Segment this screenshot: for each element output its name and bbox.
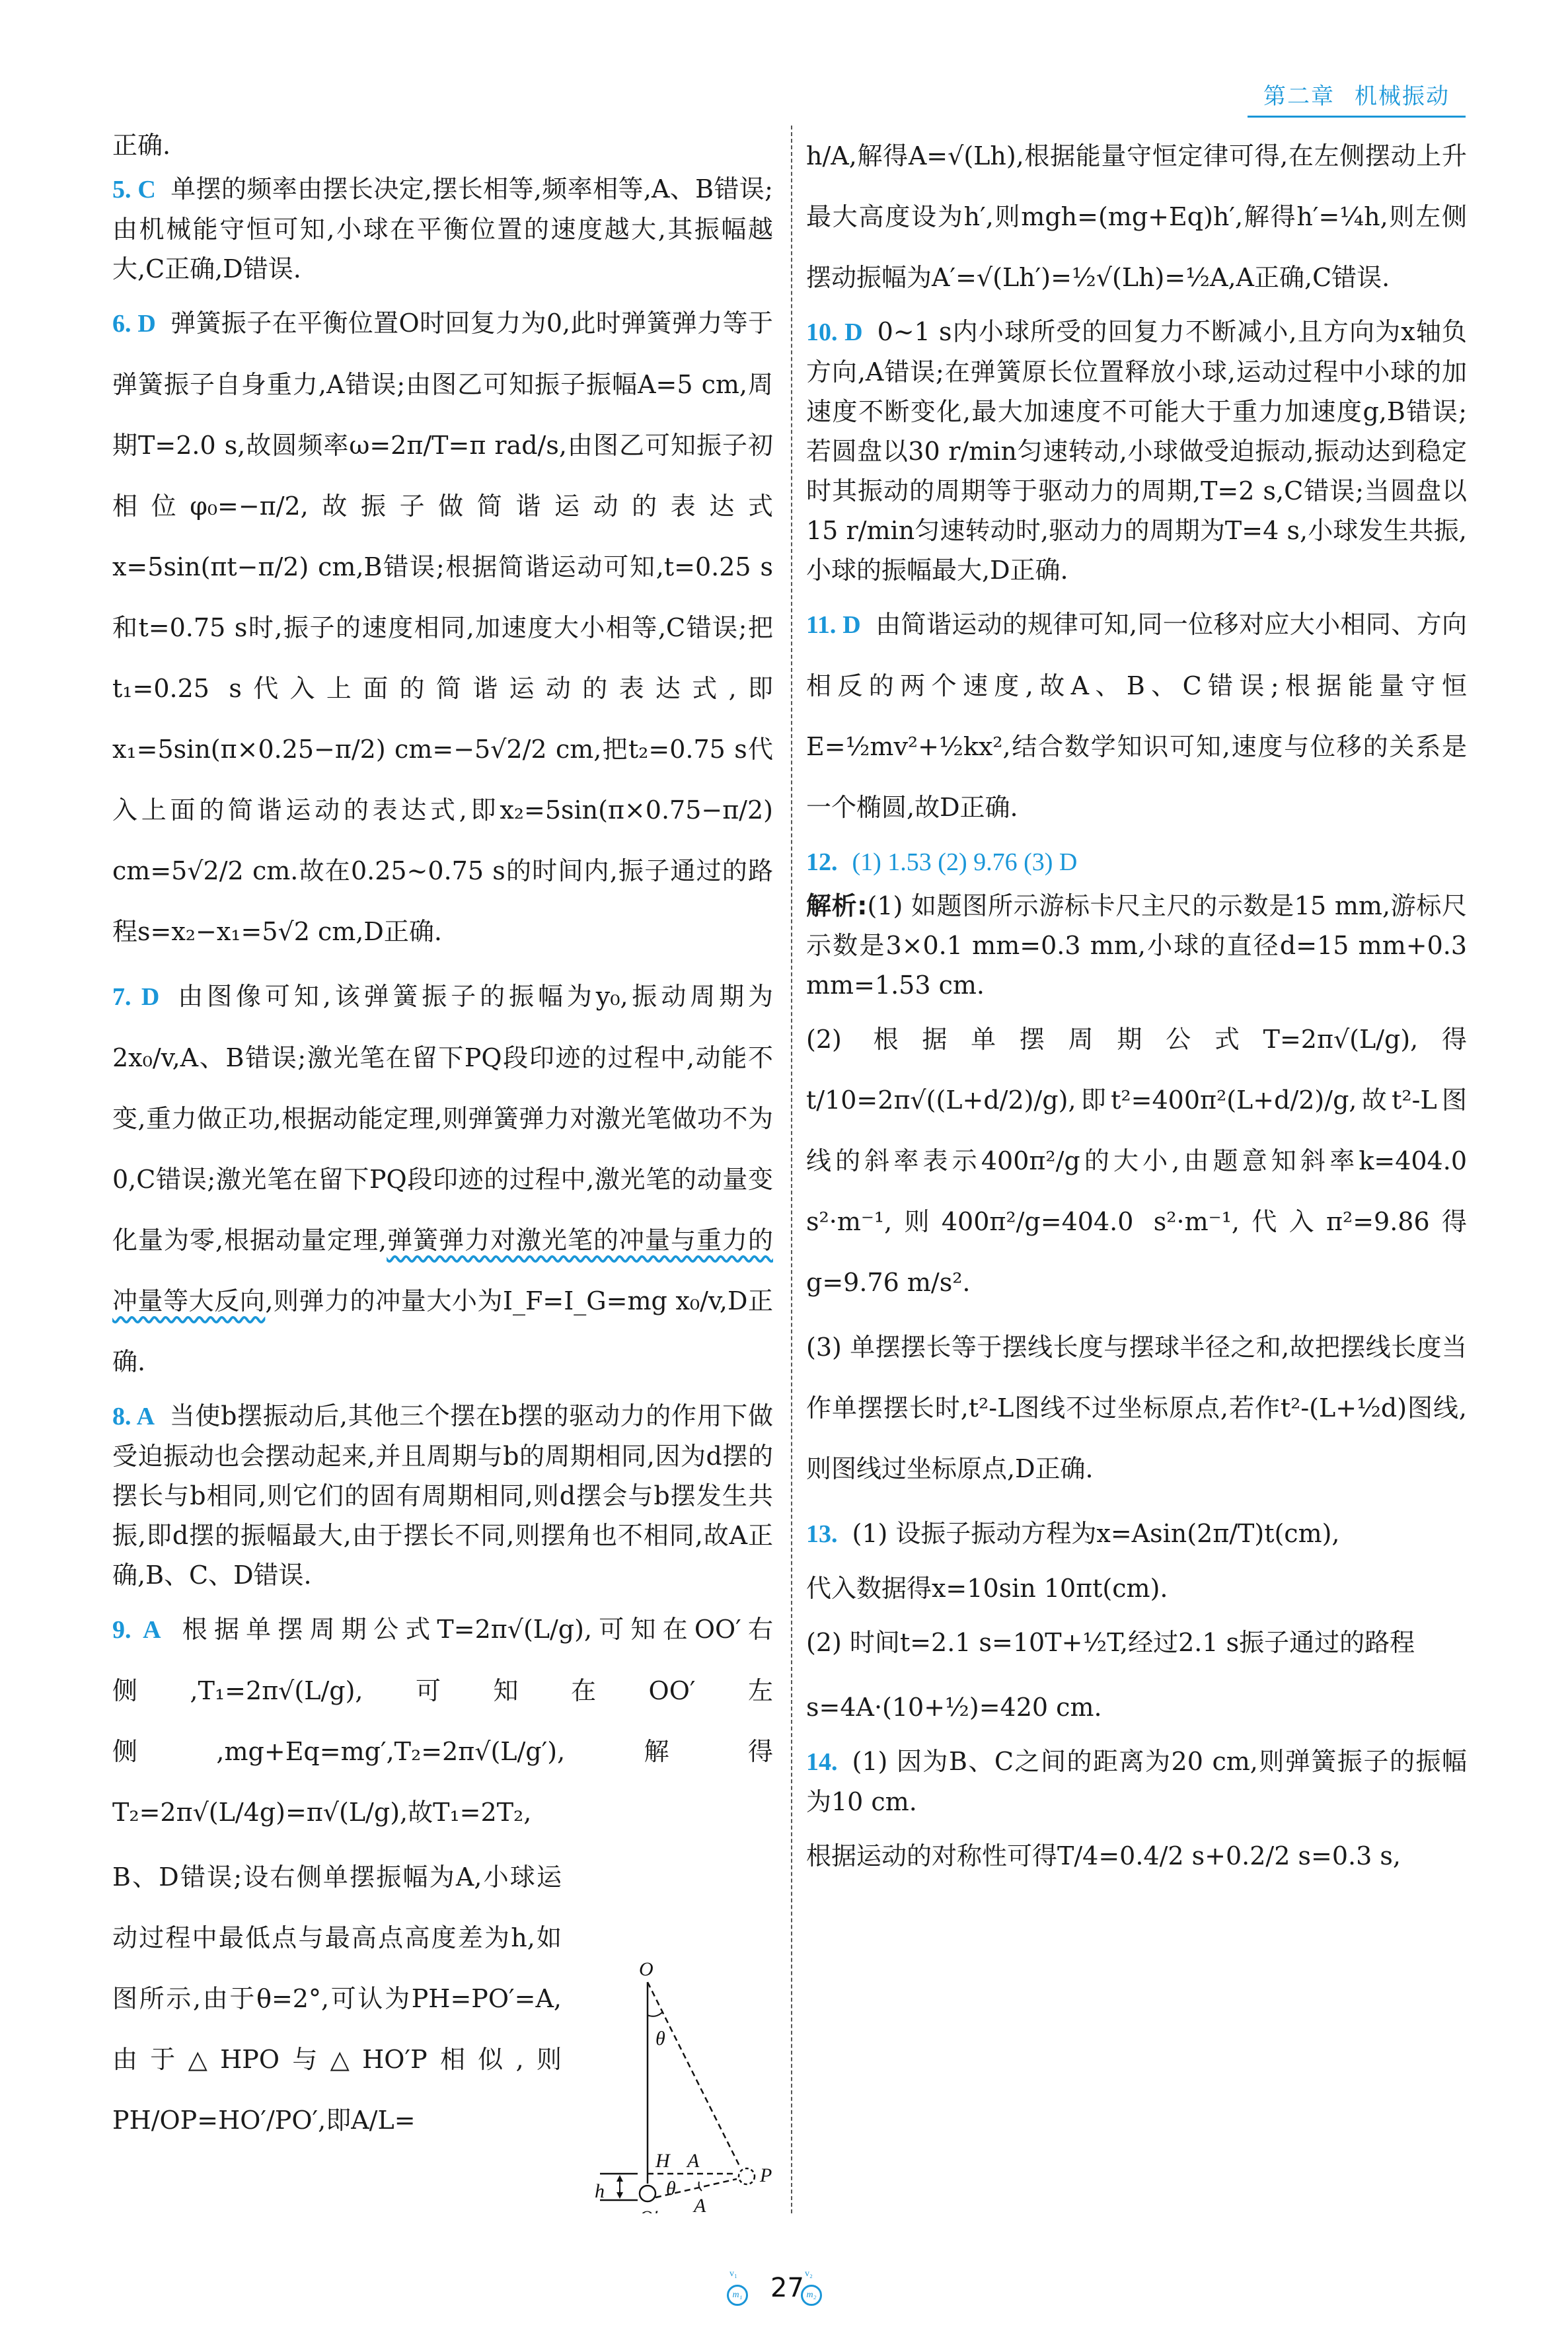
explanation-text: 0~1 s内小球所受的回复力不断减小,且方向为x轴负方向,A错误;在弹簧原长位置… [806, 317, 1467, 585]
question-number: 5. C [112, 176, 156, 203]
answer-13-part1b: 代入数据得x=10sin 10πt(cm). [806, 1568, 1467, 1608]
answer-14-part1: 14.(1) 因为B、C之间的距离为20 cm,则弹簧振子的振幅为10 cm. [806, 1742, 1467, 1822]
answer-9: 9. A根据单摆周期公式T=2π√(L/g),可知在OO′右侧,T₁=2π√(L… [112, 1599, 773, 1843]
question-number: 12. [806, 848, 838, 876]
explanation-text: 代入数据得x=10sin 10πt(cm). [806, 1574, 1168, 1603]
question-number: 14. [806, 1748, 838, 1776]
label-a-top: A [686, 2150, 700, 2172]
answer-12: 12.(1) 1.53 (2) 9.76 (3) D [806, 842, 1467, 882]
explanation-text: B、D错误;设右侧单摆振幅为A,小球运动过程中最低点与最高点高度差为h,如图所示… [112, 1863, 562, 2135]
ball-m1-icon: m₁ [727, 2285, 748, 2306]
question-number: 9. A [112, 1616, 161, 1644]
answer-12-part2: (2) 根据单摆周期公式T=2π√(L/g),得t/10=2π√((L+d/2)… [806, 1009, 1467, 1313]
answer-11: 11. D由简谐运动的规律可知,同一位移对应大小相同、方向相反的两个速度,故A、… [806, 594, 1467, 838]
chapter-number: 第二章 [1263, 83, 1335, 110]
answer-9-continued: B、D错误;设右侧单摆振幅为A,小球运动过程中最低点与最高点高度差为h,如图所示… [112, 1847, 562, 2151]
analysis-label: 解析: [806, 891, 868, 920]
answer-12-part1: 解析:(1) 如题图所示游标卡尺主尺的示数是15 mm,游标尺示数是3×0.1 … [806, 886, 1467, 1005]
answer-key: (1) 1.53 (2) 9.76 (3) D [852, 848, 1078, 876]
answer-7: 7. D由图像可知,该弹簧振子的振幅为y₀,振动周期为2x₀/v,A、B错误;激… [112, 966, 773, 1392]
answer-5: 5. C单摆的频率由摆长决定,摆长相等,频率相等,A、B错误;由机械能守恒可知,… [112, 169, 773, 289]
explanation-text: s=4A·(10+½)=420 cm. [806, 1693, 1102, 1722]
answer-12-part3: (3) 单摆摆长等于摆线长度与摆球半径之和,故把摆线长度当作单摆摆长时,t²-L… [806, 1317, 1467, 1499]
explanation-text: 单摆的频率由摆长决定,摆长相等,频率相等,A、B错误;由机械能守恒可知,小球在平… [112, 174, 773, 283]
page-number: 27 [770, 2273, 804, 2303]
explanation-text: 当使b摆振动后,其他三个摆在b摆的驱动力的作用下做受迫振动也会摆动起来,并且周期… [112, 1401, 773, 1590]
velocity-label-right: v₂ [805, 2269, 813, 2279]
explanation-text: 根据运动的对称性可得T/4=0.4/2 s+0.2/2 s=0.3 s, [806, 1841, 1401, 1870]
answer-13-part1: 13.(1) 设振子振动方程为x=Asin(2π/T)t(cm), [806, 1503, 1467, 1565]
paragraph-text: 正确. [112, 131, 170, 160]
label-a-bottom: A [692, 2195, 706, 2213]
answer-6: 6. D弹簧振子在平衡位置O时回复力为0,此时弹簧弹力等于弹簧振子自身重力,A错… [112, 293, 773, 962]
explanation-text: 弹簧振子在平衡位置O时回复力为0,此时弹簧弹力等于弹簧振子自身重力,A错误;由图… [112, 309, 773, 946]
answer-4-end: 正确. [112, 126, 773, 165]
explanation-text: (1) 因为B、C之间的距离为20 cm,则弹簧振子的振幅为10 cm. [806, 1747, 1467, 1816]
explanation-text: 根据单摆周期公式T=2π√(L/g),可知在OO′右侧,T₁=2π√(L/g),… [112, 1615, 773, 1827]
label-h-height: h [595, 2180, 605, 2202]
explanation-text: 由简谐运动的规律可知,同一位移对应大小相同、方向相反的两个速度,故A、B、C错误… [806, 610, 1467, 822]
question-number: 7. D [112, 983, 159, 1011]
question-number: 10. D [806, 318, 863, 346]
column-divider [791, 126, 792, 2213]
explanation-text: (1) 设振子振动方程为x=Asin(2π/T)t(cm), [852, 1519, 1340, 1548]
label-p: P [759, 2164, 772, 2186]
explanation-text: h/A,解得A=√(Lh),根据能量守恒定律可得,在左侧摆动上升最大高度设为h′… [806, 141, 1467, 292]
answer-9-end: h/A,解得A=√(Lh),根据能量守恒定律可得,在左侧摆动上升最大高度设为h′… [806, 126, 1467, 308]
answer-14-part1b: 根据运动的对称性可得T/4=0.4/2 s+0.2/2 s=0.3 s, [806, 1826, 1467, 1886]
ball-m2-icon: m₂ [801, 2285, 822, 2306]
question-number: 13. [806, 1520, 838, 1548]
label-theta-bottom: θ [666, 2178, 676, 2199]
pendulum-diagram: O θ H A P θ A h O′ [575, 1936, 773, 2213]
label-o: O [639, 1958, 653, 1980]
right-column: h/A,解得A=√(Lh),根据能量守恒定律可得,在左侧摆动上升最大高度设为h′… [806, 126, 1467, 1890]
question-number: 8. A [112, 1403, 155, 1430]
explanation-text: (3) 单摆摆长等于摆线长度与摆球半径之和,故把摆线长度当作单摆摆长时,t²-L… [806, 1333, 1467, 1483]
chapter-title: 机械振动 [1355, 83, 1450, 110]
left-column: 正确. 5. C单摆的频率由摆长决定,摆长相等,频率相等,A、B错误;由机械能守… [112, 126, 773, 2155]
answer-8: 8. A当使b摆振动后,其他三个摆在b摆的驱动力的作用下做受迫振动也会摆动起来,… [112, 1396, 773, 1595]
answer-13-part2: (2) 时间t=2.1 s=10T+½T,经过2.1 s振子通过的路程 [806, 1612, 1467, 1673]
page-footer: v₁ m₁ 27 v₂ m₂ [727, 2273, 859, 2312]
chapter-header: 第二章机械振动 [1248, 78, 1466, 118]
answer-10: 10. D0~1 s内小球所受的回复力不断减小,且方向为x轴负方向,A错误;在弹… [806, 312, 1467, 590]
explanation-text: (1) 如题图所示游标卡尺主尺的示数是15 mm,游标尺示数是3×0.1 mm=… [806, 891, 1467, 1000]
label-theta-top: θ [655, 2028, 665, 2049]
explanation-text: 由图像可知,该弹簧振子的振幅为y₀,振动周期为2x₀/v,A、B错误;激光笔在留… [112, 982, 773, 1255]
explanation-text: (2) 时间t=2.1 s=10T+½T,经过2.1 s振子通过的路程 [806, 1628, 1415, 1657]
velocity-label-left: v₁ [729, 2269, 737, 2279]
answer-13-part2b: s=4A·(10+½)=420 cm. [806, 1677, 1467, 1738]
question-number: 11. D [806, 611, 861, 639]
explanation-text: (2) 根据单摆周期公式T=2π√(L/g),得t/10=2π√((L+d/2)… [806, 1025, 1467, 1297]
question-number: 6. D [112, 310, 156, 338]
label-o-prime: O′ [639, 2207, 658, 2213]
label-h-point: H [655, 2150, 671, 2172]
